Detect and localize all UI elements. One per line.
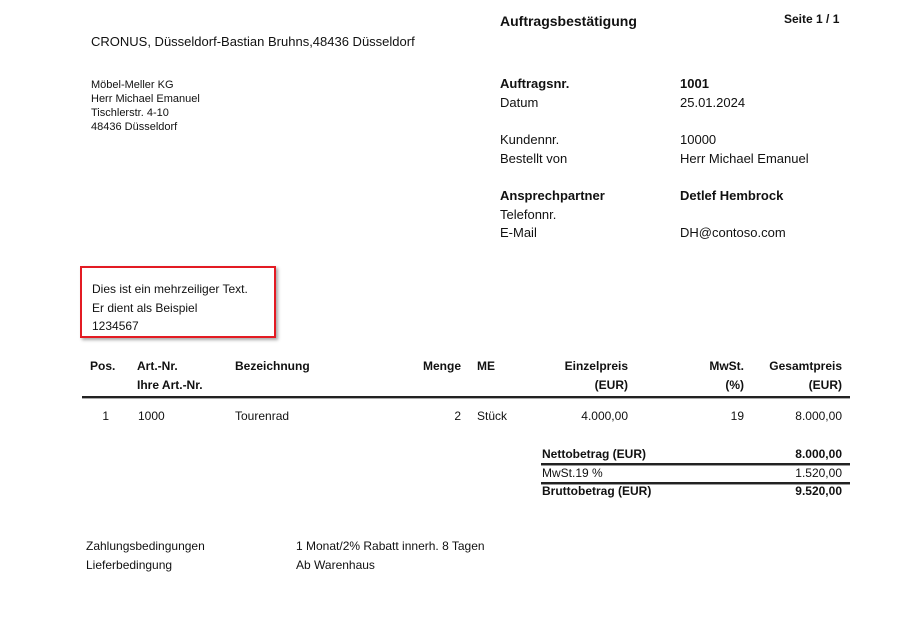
payment-terms-value: 1 Monat/2% Rabatt innerh. 8 Tagen	[296, 539, 485, 553]
recipient-address: Möbel-Meller KG Herr Michael Emanuel Tis…	[91, 78, 200, 134]
vat-amount-row: MwSt.19 % 1.520,00	[541, 465, 850, 483]
row-pos: 1	[90, 409, 109, 423]
row-mwst: 19	[690, 409, 744, 423]
recipient-name: Möbel-Meller KG	[91, 78, 200, 92]
row-einzelpreis: 4.000,00	[540, 409, 628, 423]
col-header-bezeichnung: Bezeichnung	[235, 359, 310, 373]
col-header-pos: Pos.	[90, 359, 115, 373]
col-header-mwst: MwSt.	[690, 359, 744, 373]
document-title: Auftragsbestätigung	[500, 13, 637, 29]
col-header-art-nr: Art.-Nr.	[137, 359, 178, 373]
phone-label: Telefonnr.	[500, 207, 556, 222]
contact-person-label: Ansprechpartner	[500, 188, 605, 203]
date-value: 25.01.2024	[680, 95, 745, 110]
col-header-gesamtpreis-unit: (EUR)	[752, 378, 842, 392]
order-number-value: 1001	[680, 76, 709, 91]
net-amount-value: 8.000,00	[795, 447, 842, 461]
email-value: DH@contoso.com	[680, 225, 786, 240]
col-header-einzelpreis: Einzelpreis	[540, 359, 628, 373]
col-header-einzelpreis-unit: (EUR)	[540, 378, 628, 392]
gross-amount-row: Bruttobetrag (EUR) 9.520,00	[541, 483, 850, 501]
col-header-menge: Menge	[400, 359, 461, 373]
recipient-street: Tischlerstr. 4-10	[91, 106, 200, 120]
gross-amount-label: Bruttobetrag (EUR)	[542, 484, 651, 498]
multiline-note-box: Dies ist ein mehrzeiliger Text. Er dient…	[80, 266, 276, 338]
delivery-terms-value: Ab Warenhaus	[296, 558, 375, 572]
recipient-contact: Herr Michael Emanuel	[91, 92, 200, 106]
col-header-mwst-unit: (%)	[690, 378, 744, 392]
col-header-me: ME	[477, 359, 495, 373]
gross-amount-value: 9.520,00	[795, 484, 842, 498]
note-line-3: 1234567	[92, 319, 139, 333]
row-menge: 2	[400, 409, 461, 423]
table-header-rule	[82, 396, 850, 399]
net-amount-label: Nettobetrag (EUR)	[542, 447, 646, 461]
sender-address-line: CRONUS, Düsseldorf-Bastian Bruhns,48436 …	[91, 34, 415, 49]
payment-terms-label: Zahlungsbedingungen	[86, 539, 205, 553]
row-gesamtpreis: 8.000,00	[752, 409, 842, 423]
ordered-by-label: Bestellt von	[500, 151, 567, 166]
order-number-label: Auftragsnr.	[500, 76, 569, 91]
row-bezeichnung: Tourenrad	[235, 409, 289, 423]
row-art-nr: 1000	[138, 409, 165, 423]
col-header-gesamtpreis: Gesamtpreis	[752, 359, 842, 373]
customer-number-value: 10000	[680, 132, 716, 147]
delivery-terms-label: Lieferbedingung	[86, 558, 172, 572]
contact-person-value: Detlef Hembrock	[680, 188, 783, 203]
customer-number-label: Kundennr.	[500, 132, 559, 147]
page-number: Seite 1 / 1	[784, 12, 839, 26]
note-line-1: Dies ist ein mehrzeiliger Text.	[92, 282, 248, 296]
note-line-2: Er dient als Beispiel	[92, 301, 197, 315]
net-amount-row: Nettobetrag (EUR) 8.000,00	[541, 446, 850, 464]
ordered-by-value: Herr Michael Emanuel	[680, 151, 809, 166]
col-header-ihre-art-nr: Ihre Art.-Nr.	[137, 378, 203, 392]
vat-amount-value: 1.520,00	[795, 466, 842, 480]
email-label: E-Mail	[500, 225, 537, 240]
recipient-city: 48436 Düsseldorf	[91, 120, 200, 134]
date-label: Datum	[500, 95, 538, 110]
row-me: Stück	[477, 409, 507, 423]
vat-amount-label: MwSt.19 %	[542, 466, 603, 480]
